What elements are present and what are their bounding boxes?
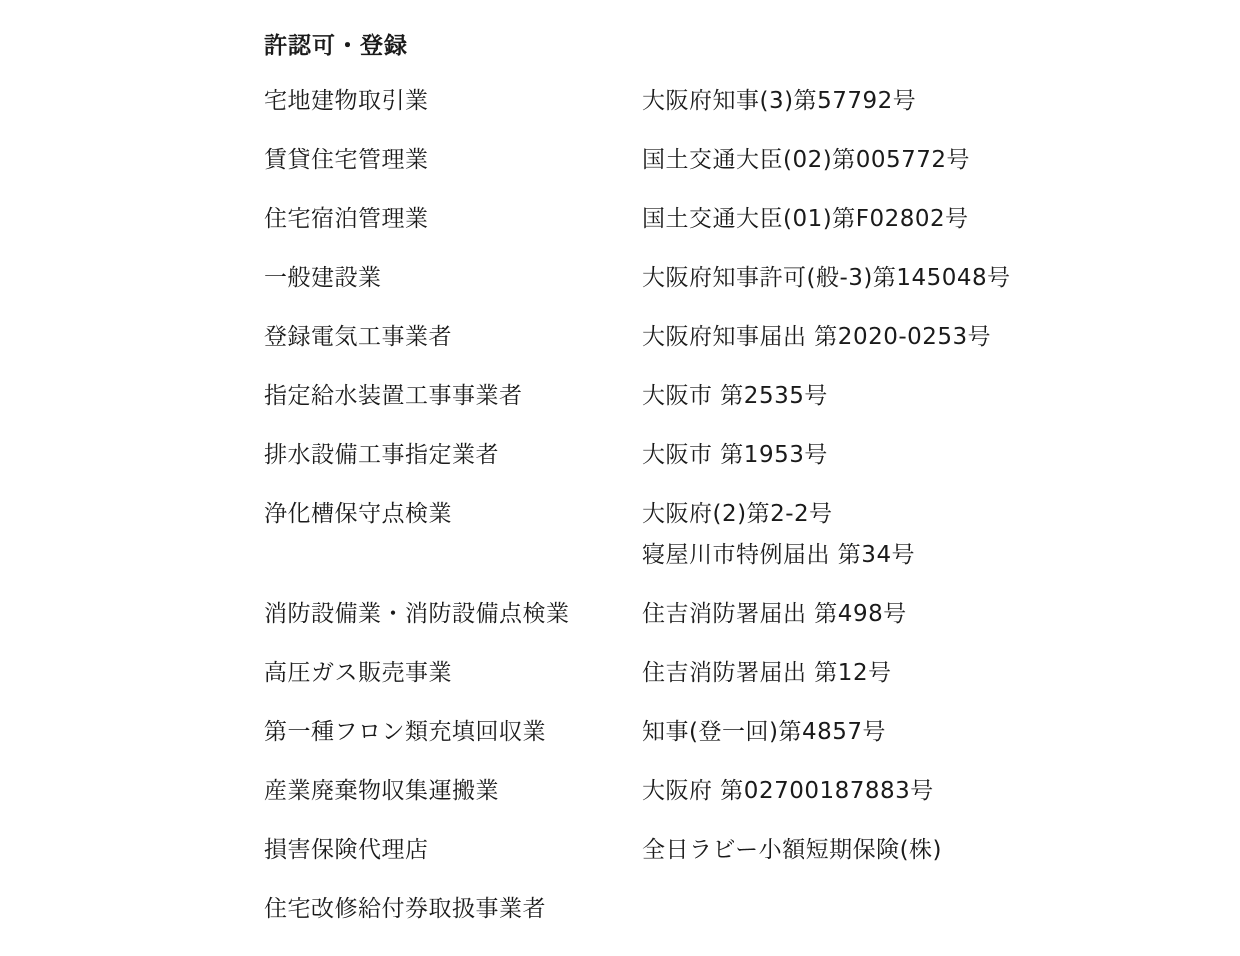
license-name: 高圧ガス販売事業 — [264, 659, 642, 687]
license-name: 産業廃棄物収集運搬業 — [264, 777, 642, 805]
license-name: 賃貸住宅管理業 — [264, 146, 642, 174]
license-row: 宅地建物取引業 大阪府知事(3)第57792号 — [264, 87, 1184, 115]
license-number-line: 大阪府(2)第2-2号 — [642, 500, 915, 528]
license-row: 住宅改修給付券取扱事業者 — [264, 895, 1184, 923]
licenses-section: 許認可・登録 宅地建物取引業 大阪府知事(3)第57792号 賃貸住宅管理業 国… — [264, 33, 1184, 923]
license-number: 大阪府知事許可(般-3)第145048号 — [642, 264, 1011, 292]
license-row: 第一種フロン類充填回収業 知事(登一回)第4857号 — [264, 718, 1184, 746]
license-name: 第一種フロン類充填回収業 — [264, 718, 642, 746]
license-number: 知事(登一回)第4857号 — [642, 718, 886, 746]
license-number: 大阪市 第2535号 — [642, 382, 828, 410]
license-name: 浄化槽保守点検業 — [264, 500, 642, 528]
license-number: 大阪府 第02700187883号 — [642, 777, 934, 805]
license-number: 大阪府(2)第2-2号 寝屋川市特例届出 第34号 — [642, 500, 915, 569]
license-name: 消防設備業・消防設備点検業 — [264, 600, 642, 628]
license-name: 宅地建物取引業 — [264, 87, 642, 115]
page: { "page": { "background_color": "#ffffff… — [0, 0, 1240, 956]
license-row: 浄化槽保守点検業 大阪府(2)第2-2号 寝屋川市特例届出 第34号 — [264, 500, 1184, 569]
license-number: 住吉消防署届出 第498号 — [642, 600, 907, 628]
license-number: 大阪府知事届出 第2020-0253号 — [642, 323, 991, 351]
license-row: 住宅宿泊管理業 国土交通大臣(01)第F02802号 — [264, 205, 1184, 233]
license-number: 国土交通大臣(01)第F02802号 — [642, 205, 969, 233]
license-name: 損害保険代理店 — [264, 836, 642, 864]
license-row: 賃貸住宅管理業 国土交通大臣(02)第005772号 — [264, 146, 1184, 174]
license-name: 住宅宿泊管理業 — [264, 205, 642, 233]
section-heading: 許認可・登録 — [264, 33, 1184, 59]
license-name: 指定給水装置工事事業者 — [264, 382, 642, 410]
license-name: 登録電気工事業者 — [264, 323, 642, 351]
license-row: 一般建設業 大阪府知事許可(般-3)第145048号 — [264, 264, 1184, 292]
license-list: 宅地建物取引業 大阪府知事(3)第57792号 賃貸住宅管理業 国土交通大臣(0… — [264, 87, 1184, 923]
license-row: 消防設備業・消防設備点検業 住吉消防署届出 第498号 — [264, 600, 1184, 628]
license-number: 住吉消防署届出 第12号 — [642, 659, 892, 687]
license-row: 登録電気工事業者 大阪府知事届出 第2020-0253号 — [264, 323, 1184, 351]
license-number: 国土交通大臣(02)第005772号 — [642, 146, 970, 174]
license-name: 一般建設業 — [264, 264, 642, 292]
license-name: 排水設備工事指定業者 — [264, 441, 642, 469]
license-number: 大阪府知事(3)第57792号 — [642, 87, 916, 115]
license-row: 損害保険代理店 全日ラビー小額短期保険(株) — [264, 836, 1184, 864]
license-row: 高圧ガス販売事業 住吉消防署届出 第12号 — [264, 659, 1184, 687]
license-number: 大阪市 第1953号 — [642, 441, 828, 469]
license-row: 産業廃棄物収集運搬業 大阪府 第02700187883号 — [264, 777, 1184, 805]
license-number-line: 寝屋川市特例届出 第34号 — [642, 541, 915, 569]
license-row: 排水設備工事指定業者 大阪市 第1953号 — [264, 441, 1184, 469]
license-row: 指定給水装置工事事業者 大阪市 第2535号 — [264, 382, 1184, 410]
license-name: 住宅改修給付券取扱事業者 — [264, 895, 642, 923]
license-number: 全日ラビー小額短期保険(株) — [642, 836, 942, 864]
